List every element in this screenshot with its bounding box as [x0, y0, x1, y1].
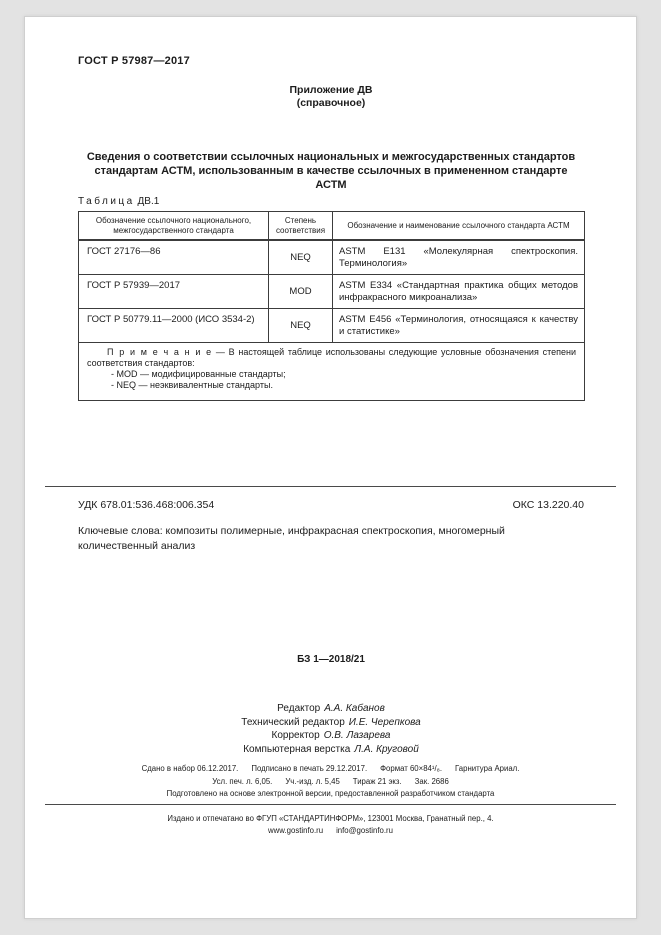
cell-astm-standard: ASTM E456 «Терминология, относящаяся к к… — [333, 309, 585, 343]
document-page-background: { "header": { "doc_number": "ГОСТ Р 5798… — [0, 0, 661, 935]
publisher-address: Издано и отпечатано во ФГУП «СТАНДАРТИНФ… — [45, 813, 616, 825]
table-header-row: Обозначение ссылочного национального, ме… — [79, 212, 585, 241]
cell-astm-standard: ASTM E131 «Молекулярная спектроскопия. Т… — [333, 240, 585, 275]
cell-national-standard: ГОСТ Р 57939—2017 — [79, 275, 269, 309]
note-item-neq: - NEQ — неэквивалентные стандарты. — [111, 380, 576, 391]
credit-role: Технический редактор — [241, 717, 344, 728]
table-label-word: Таблица — [78, 196, 135, 207]
credit-name: А.А. Кабанов — [324, 703, 385, 714]
annex-heading: Приложение ДВ (справочное) — [78, 84, 584, 110]
keywords-line: Ключевые слова: композиты полимерные, ин… — [78, 524, 584, 554]
credit-role: Корректор — [272, 730, 320, 741]
page-title: Сведения о соответствии ссылочных национ… — [78, 150, 584, 192]
print-line-source: Подготовлено на основе электронной верси… — [45, 788, 616, 801]
col-header-astm-standard: Обозначение и наименование ссылочного ст… — [333, 212, 585, 241]
credit-role: Редактор — [277, 703, 320, 714]
credit-corrector: КорректорО.В. Лазарева — [78, 729, 584, 743]
annex-type: (справочное) — [78, 97, 584, 110]
cell-degree: MOD — [269, 275, 333, 309]
credit-name: И.Е. Черепкова — [349, 717, 421, 728]
cell-degree: NEQ — [269, 240, 333, 275]
credit-name: Л.А. Круговой — [354, 744, 419, 755]
oks-code: ОКС 13.220.40 — [513, 499, 584, 511]
table-label-number: ДВ.1 — [138, 196, 160, 207]
publisher-footer: Издано и отпечатано во ФГУП «СТАНДАРТИНФ… — [45, 813, 616, 837]
col-header-degree: Степень соответствия — [269, 212, 333, 241]
print-line-dates: Сдано в набор 06.12.2017. Подписано в пе… — [45, 763, 616, 776]
table-row: ГОСТ Р 50779.11—2000 (ИСО 3534-2) NEQ AS… — [79, 309, 585, 343]
table-label: Таблица ДВ.1 — [78, 196, 159, 207]
bz-code: БЗ 1—2018/21 — [78, 654, 584, 665]
print-info-block: Сдано в набор 06.12.2017. Подписано в пе… — [45, 763, 616, 801]
cell-astm-standard: ASTM E334 «Стандартная практика общих ме… — [333, 275, 585, 309]
credit-layout: Компьютерная версткаЛ.А. Круговой — [78, 743, 584, 757]
doc-number: ГОСТ Р 57987—2017 — [78, 55, 190, 67]
table-row: ГОСТ 27176—86 NEQ ASTM E131 «Молекулярна… — [79, 240, 585, 275]
credit-editor: РедакторА.А. Кабанов — [78, 702, 584, 716]
udk-code: УДК 678.01:536.468:006.354 — [78, 499, 214, 511]
credit-role: Компьютерная верстка — [243, 744, 350, 755]
cell-national-standard: ГОСТ 27176—86 — [79, 240, 269, 275]
credit-technical-editor: Технический редакторИ.Е. Черепкова — [78, 716, 584, 730]
annex-label: Приложение ДВ — [78, 84, 584, 97]
table-note-cell: П р и м е ч а н и е — В настоящей таблиц… — [79, 343, 585, 401]
publisher-contacts: www.gostinfo.ru info@gostinfo.ru — [45, 825, 616, 837]
credit-name: О.В. Лазарева — [324, 730, 391, 741]
print-line-volume: Усл. печ. л. 6,05. Уч.-изд. л. 5,45 Тира… — [45, 776, 616, 789]
table-note-intro: П р и м е ч а н и е — В настоящей таблиц… — [87, 347, 576, 369]
classification-line: УДК 678.01:536.468:006.354 ОКС 13.220.40 — [78, 499, 584, 511]
table-row: ГОСТ Р 57939—2017 MOD ASTM E334 «Стандар… — [79, 275, 585, 309]
table-note-row: П р и м е ч а н и е — В настоящей таблиц… — [79, 343, 585, 401]
correspondence-table: Обозначение ссылочного национального, ме… — [78, 211, 585, 401]
horizontal-rule-top — [45, 486, 616, 487]
cell-national-standard: ГОСТ Р 50779.11—2000 (ИСО 3534-2) — [79, 309, 269, 343]
cell-degree: NEQ — [269, 309, 333, 343]
credits-block: РедакторА.А. Кабанов Технический редакто… — [78, 702, 584, 756]
col-header-national-standard: Обозначение ссылочного национального, ме… — [79, 212, 269, 241]
note-item-mod: - MOD — модифицированные стандарты; — [111, 369, 576, 380]
note-label: П р и м е ч а н и е — [107, 347, 212, 357]
horizontal-rule-bottom — [45, 804, 616, 805]
